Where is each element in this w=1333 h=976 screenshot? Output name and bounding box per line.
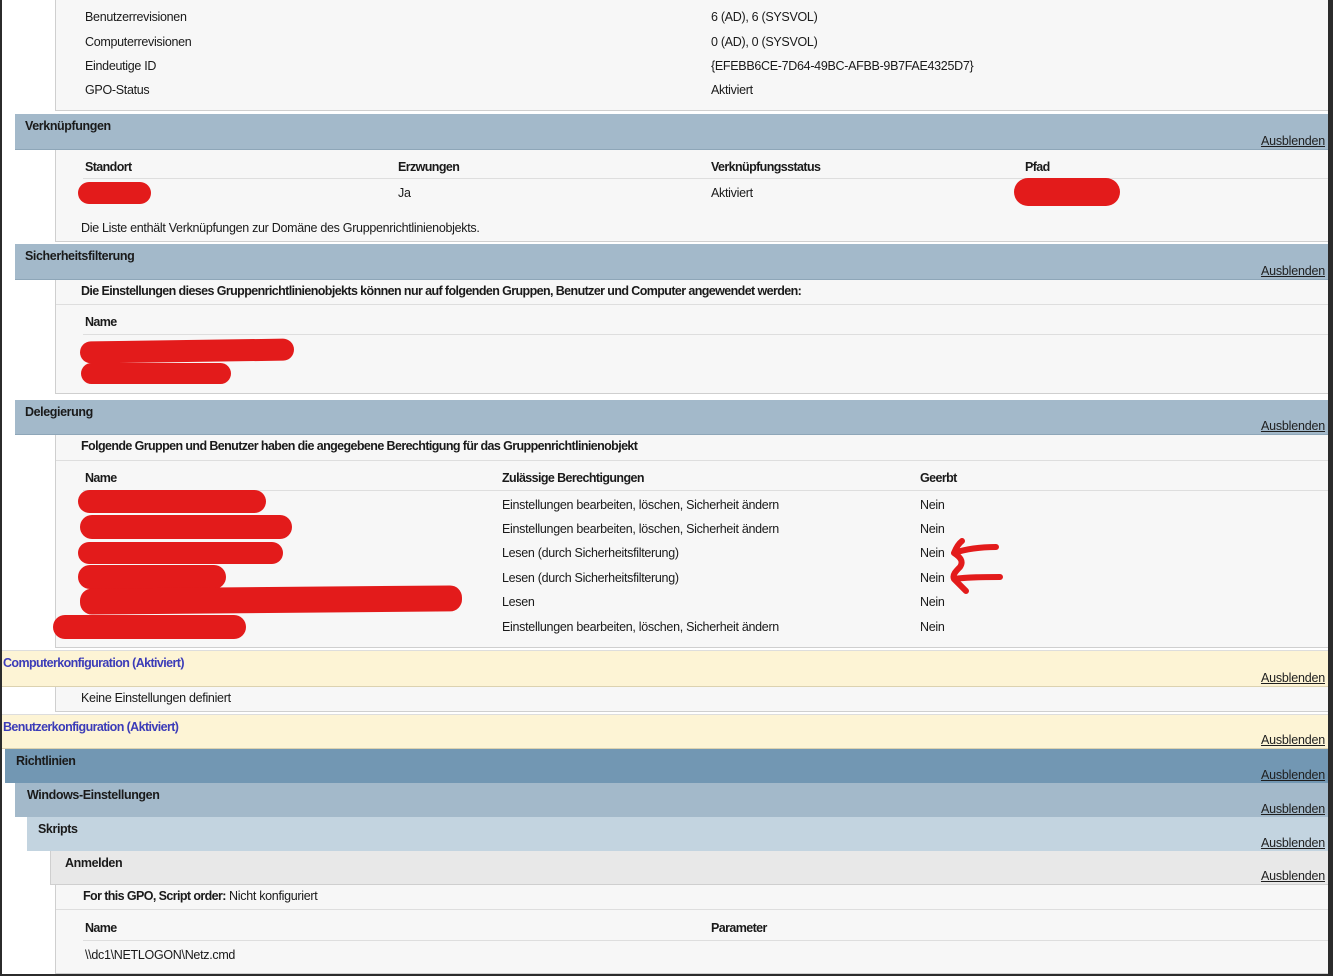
policies-header: Richtlinien Ausblenden	[5, 749, 1328, 783]
windows-settings-hide-link[interactable]: Ausblenden	[1261, 802, 1325, 816]
delegation-row-inherited: Nein	[920, 522, 945, 536]
detail-value-computer-revisions: 0 (AD), 0 (SYSVOL)	[711, 35, 817, 49]
detail-label-unique-id: Eindeutige ID	[85, 59, 156, 73]
logon-divider	[56, 909, 1328, 910]
scripts-title: Skripts	[38, 822, 78, 836]
logon-header: Anmelden Ausblenden	[50, 851, 1328, 885]
user-config-header: Benutzerkonfiguration (Aktiviert) Ausble…	[2, 714, 1328, 749]
detail-label-computer-revisions: Computerrevisionen	[85, 35, 191, 49]
detail-value-unique-id: {EFEBB6CE-7D64-49BC-AFBB-9B7FAE4325D7}	[711, 59, 973, 73]
delegation-row-permission: Einstellungen bearbeiten, löschen, Siche…	[502, 620, 779, 634]
links-panel: Standort Erzwungen Verknüpfungsstatus Pf…	[55, 150, 1328, 242]
delegation-row-permission: Lesen	[502, 595, 535, 609]
script-row-name: \\dc1\NETLOGON\Netz.cmd	[85, 948, 235, 962]
links-row-erzwungen: Ja	[398, 186, 411, 200]
policies-hide-link[interactable]: Ausblenden	[1261, 768, 1325, 782]
script-order-label: For this GPO, Script order:	[83, 889, 226, 903]
redacted-delegation-name-4	[78, 565, 226, 589]
links-col-pfad: Pfad	[1025, 160, 1050, 174]
gpo-report-page: Benutzerrevisionen 6 (AD), 6 (SYSVOL) Co…	[2, 0, 1328, 974]
logon-hide-link[interactable]: Ausblenden	[1261, 869, 1325, 883]
windows-settings-title: Windows-Einstellungen	[27, 788, 159, 802]
links-row-status: Aktiviert	[711, 186, 753, 200]
detail-label-user-revisions: Benutzerrevisionen	[85, 10, 187, 24]
user-config-title[interactable]: Benutzerkonfiguration (Aktiviert)	[3, 720, 178, 734]
scripts-header-divider	[83, 940, 1328, 941]
delegation-row-permission: Lesen (durch Sicherheitsfilterung)	[502, 546, 679, 560]
security-filtering-header-divider	[83, 334, 1328, 335]
links-note: Die Liste enthält Verknüpfungen zur Domä…	[81, 221, 480, 235]
delegation-panel: Folgende Gruppen und Benutzer haben die …	[55, 435, 1328, 648]
security-filtering-header: Sicherheitsfilterung Ausblenden	[15, 244, 1328, 280]
delegation-title: Delegierung	[25, 405, 93, 419]
links-col-erzwungen: Erzwungen	[398, 160, 459, 174]
redacted-filter-name-2	[81, 363, 231, 384]
delegation-col-inherited: Geerbt	[920, 471, 957, 485]
delegation-row-inherited: Nein	[920, 620, 945, 634]
security-filtering-description: Die Einstellungen dieses Gruppenrichtlin…	[81, 284, 801, 298]
links-section-header: Verknüpfungen Ausblenden	[15, 114, 1328, 150]
logon-panel: For this GPO, Script order: Nicht konfig…	[55, 885, 1328, 974]
redacted-delegation-name-3	[78, 542, 283, 564]
logon-title: Anmelden	[65, 856, 122, 870]
delegation-row-permission: Einstellungen bearbeiten, löschen, Siche…	[502, 498, 779, 512]
delegation-header: Delegierung Ausblenden	[15, 400, 1328, 435]
links-col-status: Verknüpfungsstatus	[711, 160, 820, 174]
redacted-delegation-name-1	[78, 490, 266, 513]
windows-settings-header: Windows-Einstellungen Ausblenden	[15, 783, 1328, 817]
details-panel: Benutzerrevisionen 6 (AD), 6 (SYSVOL) Co…	[55, 0, 1328, 111]
redacted-delegation-name-2	[80, 515, 292, 539]
security-filtering-title: Sicherheitsfilterung	[25, 249, 134, 263]
delegation-col-permissions: Zulässige Berechtigungen	[502, 471, 644, 485]
script-order: For this GPO, Script order: Nicht konfig…	[83, 889, 317, 903]
policies-title: Richtlinien	[16, 754, 76, 768]
security-filtering-col-name: Name	[85, 315, 117, 329]
links-section-title: Verknüpfungen	[25, 119, 111, 133]
scripts-hide-link[interactable]: Ausblenden	[1261, 836, 1325, 850]
scripts-col-name: Name	[85, 921, 117, 935]
scripts-col-parameter: Parameter	[711, 921, 767, 935]
redacted-standort	[78, 182, 151, 204]
computer-config-panel: Keine Einstellungen definiert	[55, 687, 1328, 712]
links-header-divider	[83, 178, 1328, 179]
detail-value-gpo-status: Aktiviert	[711, 83, 753, 97]
detail-label-gpo-status: GPO-Status	[85, 83, 149, 97]
delegation-row-inherited: Nein	[920, 595, 945, 609]
delegation-row-permission: Lesen (durch Sicherheitsfilterung)	[502, 571, 679, 585]
delegation-header-divider	[83, 490, 1328, 491]
computer-config-body: Keine Einstellungen definiert	[81, 691, 231, 705]
user-config-hide-link[interactable]: Ausblenden	[1261, 733, 1325, 747]
computer-config-hide-link[interactable]: Ausblenden	[1261, 671, 1325, 685]
links-hide-link[interactable]: Ausblenden	[1261, 134, 1325, 148]
delegation-row-permission: Einstellungen bearbeiten, löschen, Siche…	[502, 522, 779, 536]
redacted-filter-name-1	[80, 339, 294, 364]
computer-config-title[interactable]: Computerkonfiguration (Aktiviert)	[3, 656, 184, 670]
links-col-standort: Standort	[85, 160, 132, 174]
delegation-col-name: Name	[85, 471, 117, 485]
security-filtering-panel: Die Einstellungen dieses Gruppenrichtlin…	[55, 280, 1328, 394]
detail-value-user-revisions: 6 (AD), 6 (SYSVOL)	[711, 10, 817, 24]
delegation-row-inherited: Nein	[920, 498, 945, 512]
redacted-delegation-name-5	[80, 585, 462, 614]
delegation-divider	[56, 460, 1328, 461]
script-order-value: Nicht konfiguriert	[229, 889, 317, 903]
security-filtering-divider	[56, 304, 1328, 305]
security-filtering-hide-link[interactable]: Ausblenden	[1261, 264, 1325, 278]
annotation-arrows-icon	[936, 535, 1016, 595]
delegation-description: Folgende Gruppen und Benutzer haben die …	[81, 439, 637, 453]
redacted-delegation-name-6	[53, 615, 246, 639]
scripts-header: Skripts Ausblenden	[27, 817, 1328, 851]
delegation-hide-link[interactable]: Ausblenden	[1261, 419, 1325, 433]
computer-config-header: Computerkonfiguration (Aktiviert) Ausble…	[2, 650, 1328, 687]
redacted-pfad	[1014, 178, 1120, 206]
